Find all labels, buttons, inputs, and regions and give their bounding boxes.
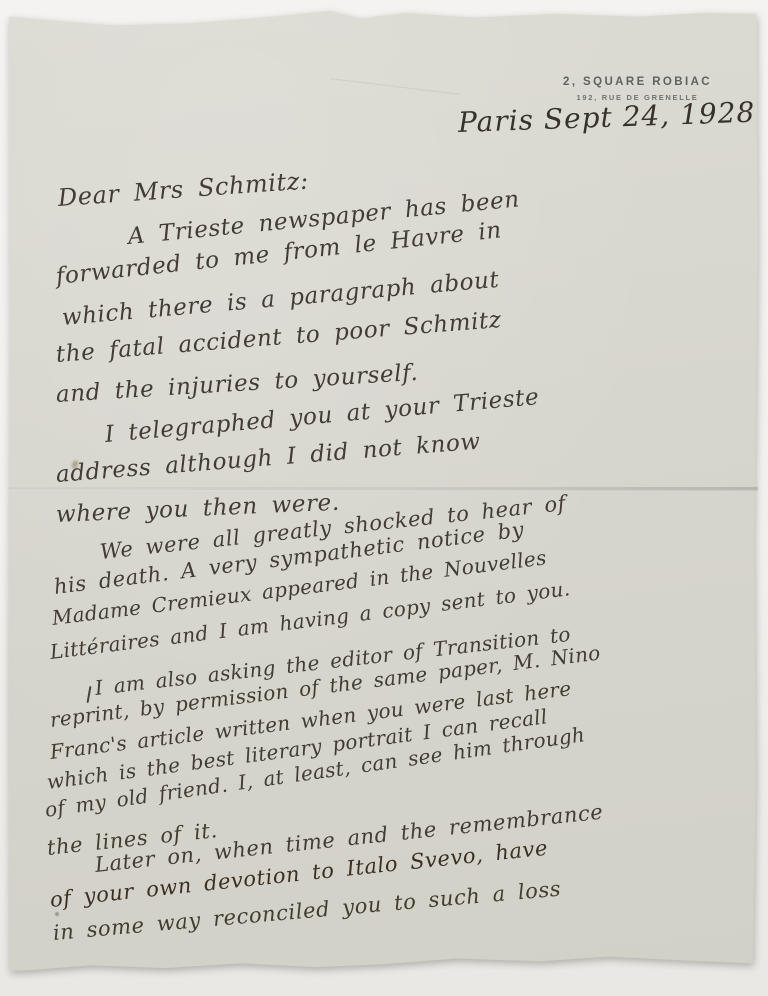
fold-crease [8,487,758,491]
paper-speck [55,912,59,916]
scanned-letter-page: 2, SQUARE ROBIAC 192, RUE DE GRENELLE Pa… [0,0,768,996]
letterhead-address-line1: 2, SQUARE ROBIAC [563,76,712,88]
